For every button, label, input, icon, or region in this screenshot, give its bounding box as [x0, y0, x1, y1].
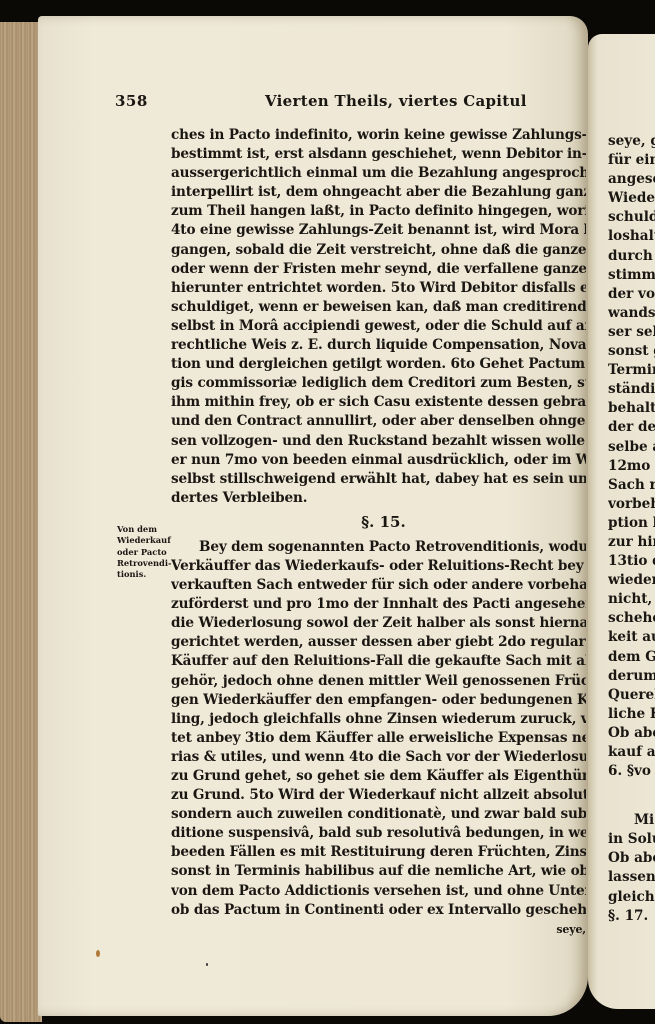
- text-line: Bey dem sogenannten Pacto Retrovendition…: [171, 538, 586, 557]
- text-line: und den Contract annullirt, oder aber de…: [171, 412, 586, 431]
- text-line: schuldiget, wenn er beweisen kan, daß ma…: [171, 298, 586, 317]
- text-line: durch W: [608, 247, 655, 266]
- text-line: schehen.: [608, 609, 655, 628]
- text-line: kauf als: [608, 743, 655, 762]
- text-line: sonst gu: [608, 342, 655, 361]
- right-page-text: seye, g für eine angesehe Wiederk schuld…: [608, 132, 655, 926]
- text-line: rechtliche Weis z. E. durch liquide Comp…: [171, 336, 586, 355]
- text-line: Verkäuffer das Wiederkaufs- oder Reluiti…: [171, 557, 586, 576]
- text-line: selbst stillschweigend erwählt hat, dabe…: [171, 470, 586, 489]
- text-line: der der: [608, 418, 655, 437]
- text-line: ob das Pactum in Continenti oder ex Inte…: [171, 901, 586, 920]
- text-line: ches in Pacto indefinito, worin keine ge…: [171, 126, 586, 145]
- text-line: wands-: [608, 304, 655, 323]
- text-line: zuförderst und pro 1mo der Innhalt des P…: [171, 595, 586, 614]
- book-photo: 358 Vierten Theils, viertes Capitul ches…: [0, 0, 655, 1024]
- text-line: wiederu: [608, 571, 655, 590]
- spacer: [608, 781, 655, 811]
- text-line: ser selbst: [608, 323, 655, 342]
- text-line: gis commissoriæ lediglich dem Creditori …: [171, 374, 586, 393]
- text-line: gen Wiederkäuffer den empfangen- oder be…: [171, 691, 586, 710]
- text-line: liche Ka: [608, 705, 655, 724]
- text-line: sondern auch zuweilen conditionatè, und …: [171, 805, 586, 824]
- text-line: zum Theil hangen laßt, in Pacto definito…: [171, 202, 586, 221]
- text-line: Ob aber: [608, 724, 655, 743]
- text-line: keit aus: [608, 628, 655, 647]
- text-line: angesehe: [608, 170, 655, 189]
- text-line: Querela: [608, 686, 655, 705]
- text-line: von dem Pacto Addictionis versehen ist, …: [171, 882, 586, 901]
- text-line: loshaltu: [608, 227, 655, 246]
- text-line: hierunter entrichtet worden. 5to Wird De…: [171, 279, 586, 298]
- text-line: Termin: [608, 361, 655, 380]
- text-line: Sach re: [608, 476, 655, 495]
- text-line: zur hinl: [608, 533, 655, 552]
- text-line: Käuffer auf den Reluitions-Fall die geka…: [171, 652, 586, 671]
- text-line: für eine: [608, 151, 655, 170]
- running-head-title: Vierten Theils, viertes Capitul: [265, 92, 527, 110]
- ink-spot: [96, 950, 100, 957]
- text-line: aussergerichtlich einmal um die Bezahlun…: [171, 164, 586, 183]
- text-line: zu Grund. 5to Wird der Wiederkauf nicht …: [171, 786, 586, 805]
- page-edges: [0, 22, 42, 1022]
- text-line: lassen ve: [608, 868, 655, 887]
- text-line: gangen, sobald die Zeit verstreicht, ohn…: [171, 241, 586, 260]
- text-line: 6. §vo 1: [608, 762, 655, 781]
- text-line: seye, g: [608, 132, 655, 151]
- text-line: selbe au: [608, 438, 655, 457]
- text-line: beeden Fällen es mit Restituirung deren …: [171, 843, 586, 862]
- margin-note-line: oder Pacto: [117, 547, 173, 558]
- ink-spot: [206, 963, 208, 966]
- margin-note-line: tionis.: [117, 569, 173, 580]
- text-line: gleichen: [608, 888, 655, 907]
- text-line: der von: [608, 285, 655, 304]
- text-line: tet anbey 3tio dem Käuffer alle erweisli…: [171, 729, 586, 748]
- text-line: vorbehal: [608, 495, 655, 514]
- text-line: gehör, jedoch ohne denen mittler Weil ge…: [171, 672, 586, 691]
- text-line: dertes Verbleiben.: [171, 489, 586, 508]
- margin-note-line: Retrovendi-: [117, 558, 173, 569]
- margin-note-line: Von dem: [117, 524, 173, 535]
- margin-note: Von dem Wiederkauf oder Pacto Retrovendi…: [117, 524, 173, 580]
- text-line: in Solut: [608, 830, 655, 849]
- text-line: interpellirt ist, dem ohngeacht aber die…: [171, 183, 586, 202]
- text-line: behalten: [608, 399, 655, 418]
- catchword: seye,: [171, 920, 586, 939]
- text-line: Mi: [608, 811, 655, 830]
- text-line: dem Gu: [608, 648, 655, 667]
- text-line: 12mo die: [608, 457, 655, 476]
- text-line: selbst in Morâ accipiendi gewest, oder d…: [171, 317, 586, 336]
- text-line: 13tio der: [608, 552, 655, 571]
- margin-note-line: Wiederkauf: [117, 535, 173, 546]
- text-line: 4to eine gewisse Zahlungs-Zeit benannt i…: [171, 221, 586, 240]
- running-head: 358 Vierten Theils, viertes Capitul: [115, 92, 585, 114]
- text-line: nicht, u: [608, 590, 655, 609]
- text-line: tion und dergleichen getilgt worden. 6to…: [171, 355, 586, 374]
- main-text-block: ches in Pacto indefinito, worin keine ge…: [171, 126, 586, 939]
- page-number: 358: [115, 92, 265, 110]
- text-line: Ob aber: [608, 849, 655, 868]
- text-line: ption ke: [608, 514, 655, 533]
- text-line: stimmt: [608, 266, 655, 285]
- text-line: bestimmt ist, erst alsdann geschiehet, w…: [171, 145, 586, 164]
- text-line: verkauften Sach entweder für sich oder a…: [171, 576, 586, 595]
- text-line: derum a: [608, 667, 655, 686]
- text-line: ling, jedoch gleichfalls ohne Zinsen wie…: [171, 710, 586, 729]
- text-line: ditione suspensivâ, bald sub resolutivâ …: [171, 824, 586, 843]
- text-line: die Wiederlosung sowol der Zeit halber a…: [171, 614, 586, 633]
- text-line: ständig,: [608, 380, 655, 399]
- text-line: §. 17.: [608, 907, 655, 926]
- text-line: sonst in Terminis habilibus auf die neml…: [171, 862, 586, 881]
- text-line: Wiederk: [608, 189, 655, 208]
- text-line: schuldig,: [608, 208, 655, 227]
- text-line: rias & utiles, und wenn 4to die Sach vor…: [171, 748, 586, 767]
- text-line: oder wenn der Fristen mehr seynd, die ve…: [171, 260, 586, 279]
- text-line: sen vollzogen- und den Ruckstand bezahlt…: [171, 432, 586, 451]
- text-line: er nun 7mo von beeden einmal ausdrücklic…: [171, 451, 586, 470]
- text-line: gerichtet werden, ausser dessen aber gie…: [171, 633, 586, 652]
- text-line: ihm mithin frey, ob er sich Casu existen…: [171, 393, 586, 412]
- text-line: zu Grund gehet, so gehet sie dem Käuffer…: [171, 767, 586, 786]
- section-heading: §. 15.: [171, 508, 586, 538]
